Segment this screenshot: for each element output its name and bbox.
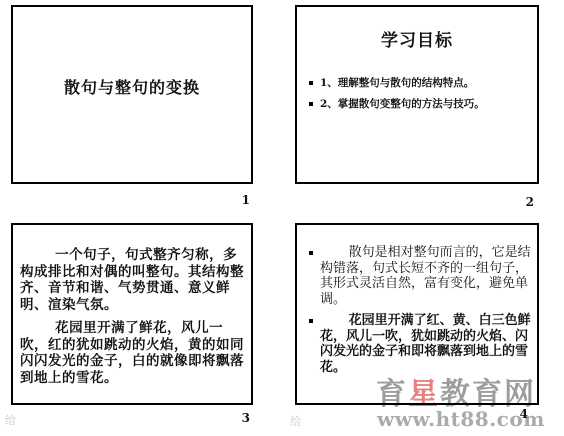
slide-2: 学习目标 1、理解整句与散句的结构特点。 2、掌握散句变整句的方法与技巧。	[295, 5, 539, 184]
page-number-4: 4	[510, 407, 528, 421]
bullet-text: 1、理解整句与散句的结构特点。	[320, 77, 474, 90]
bullet-square-icon	[309, 319, 313, 323]
paragraph: 一个句子，句式整齐匀称，多构成排比和对偶的叫整句。其结构整齐、音节和谐、气势贯通…	[20, 247, 249, 313]
bullet-item: 花园里开满了红、黄、白三色鲜花，风儿一吹，犹如跳动的火焰、闪闪发光的金子和即将飘…	[297, 313, 534, 376]
bullet-item: 1、理解整句与散句的结构特点。	[309, 77, 531, 90]
slide-2-bullet-list: 1、理解整句与散句的结构特点。 2、掌握散句变整句的方法与技巧。	[309, 77, 531, 119]
bullet-square-icon	[309, 102, 313, 106]
bullet-text: 2、掌握散句变整句的方法与技巧。	[320, 98, 485, 111]
handout-page: 育星教育网 www.ht88.com 散句与整句的变换 学习目标 1、理解整句与…	[0, 0, 564, 436]
bullet-square-icon	[309, 251, 313, 255]
bullet-item: 2、掌握散句变整句的方法与技巧。	[309, 98, 531, 111]
bullet-item: 散句是相对整句而言的，它是结构错落，句式长短不齐的一组句子，其形式灵活自然，富有…	[297, 245, 534, 308]
scan-artifact-right: 给	[290, 413, 301, 429]
page-number-3: 3	[232, 411, 250, 425]
page-number-1: 1	[232, 193, 250, 207]
bullet-square-icon	[309, 81, 313, 85]
bullet-text: 花园里开满了红、黄、白三色鲜花，风儿一吹，犹如跳动的火焰、闪闪发光的金子和即将飘…	[320, 313, 534, 376]
slide-4-bullet-list: 散句是相对整句而言的，它是结构错落，句式长短不齐的一组句子，其形式灵活自然，富有…	[297, 245, 534, 381]
bullet-text: 散句是相对整句而言的，它是结构错落，句式长短不齐的一组句子，其形式灵活自然，富有…	[320, 245, 534, 308]
slide-2-title: 学习目标	[297, 26, 537, 51]
slide-1: 散句与整句的变换	[11, 5, 253, 184]
slide-3-body: 一个句子，句式整齐匀称，多构成排比和对偶的叫整句。其结构整齐、音节和谐、气势贯通…	[20, 247, 249, 393]
slide-4: 散句是相对整句而言的，它是结构错落，句式长短不齐的一组句子，其形式灵活自然，富有…	[295, 223, 539, 405]
page-number-2: 2	[516, 195, 534, 209]
scan-artifact-left: 给	[5, 412, 16, 428]
slide-3: 一个句子，句式整齐匀称，多构成排比和对偶的叫整句。其结构整齐、音节和谐、气势贯通…	[11, 223, 253, 405]
slide-1-title: 散句与整句的变换	[13, 75, 251, 98]
paragraph: 花园里开满了鲜花，风儿一吹，红的犹如跳动的火焰，黄的如同闪闪发光的金子，白的就像…	[20, 320, 249, 386]
